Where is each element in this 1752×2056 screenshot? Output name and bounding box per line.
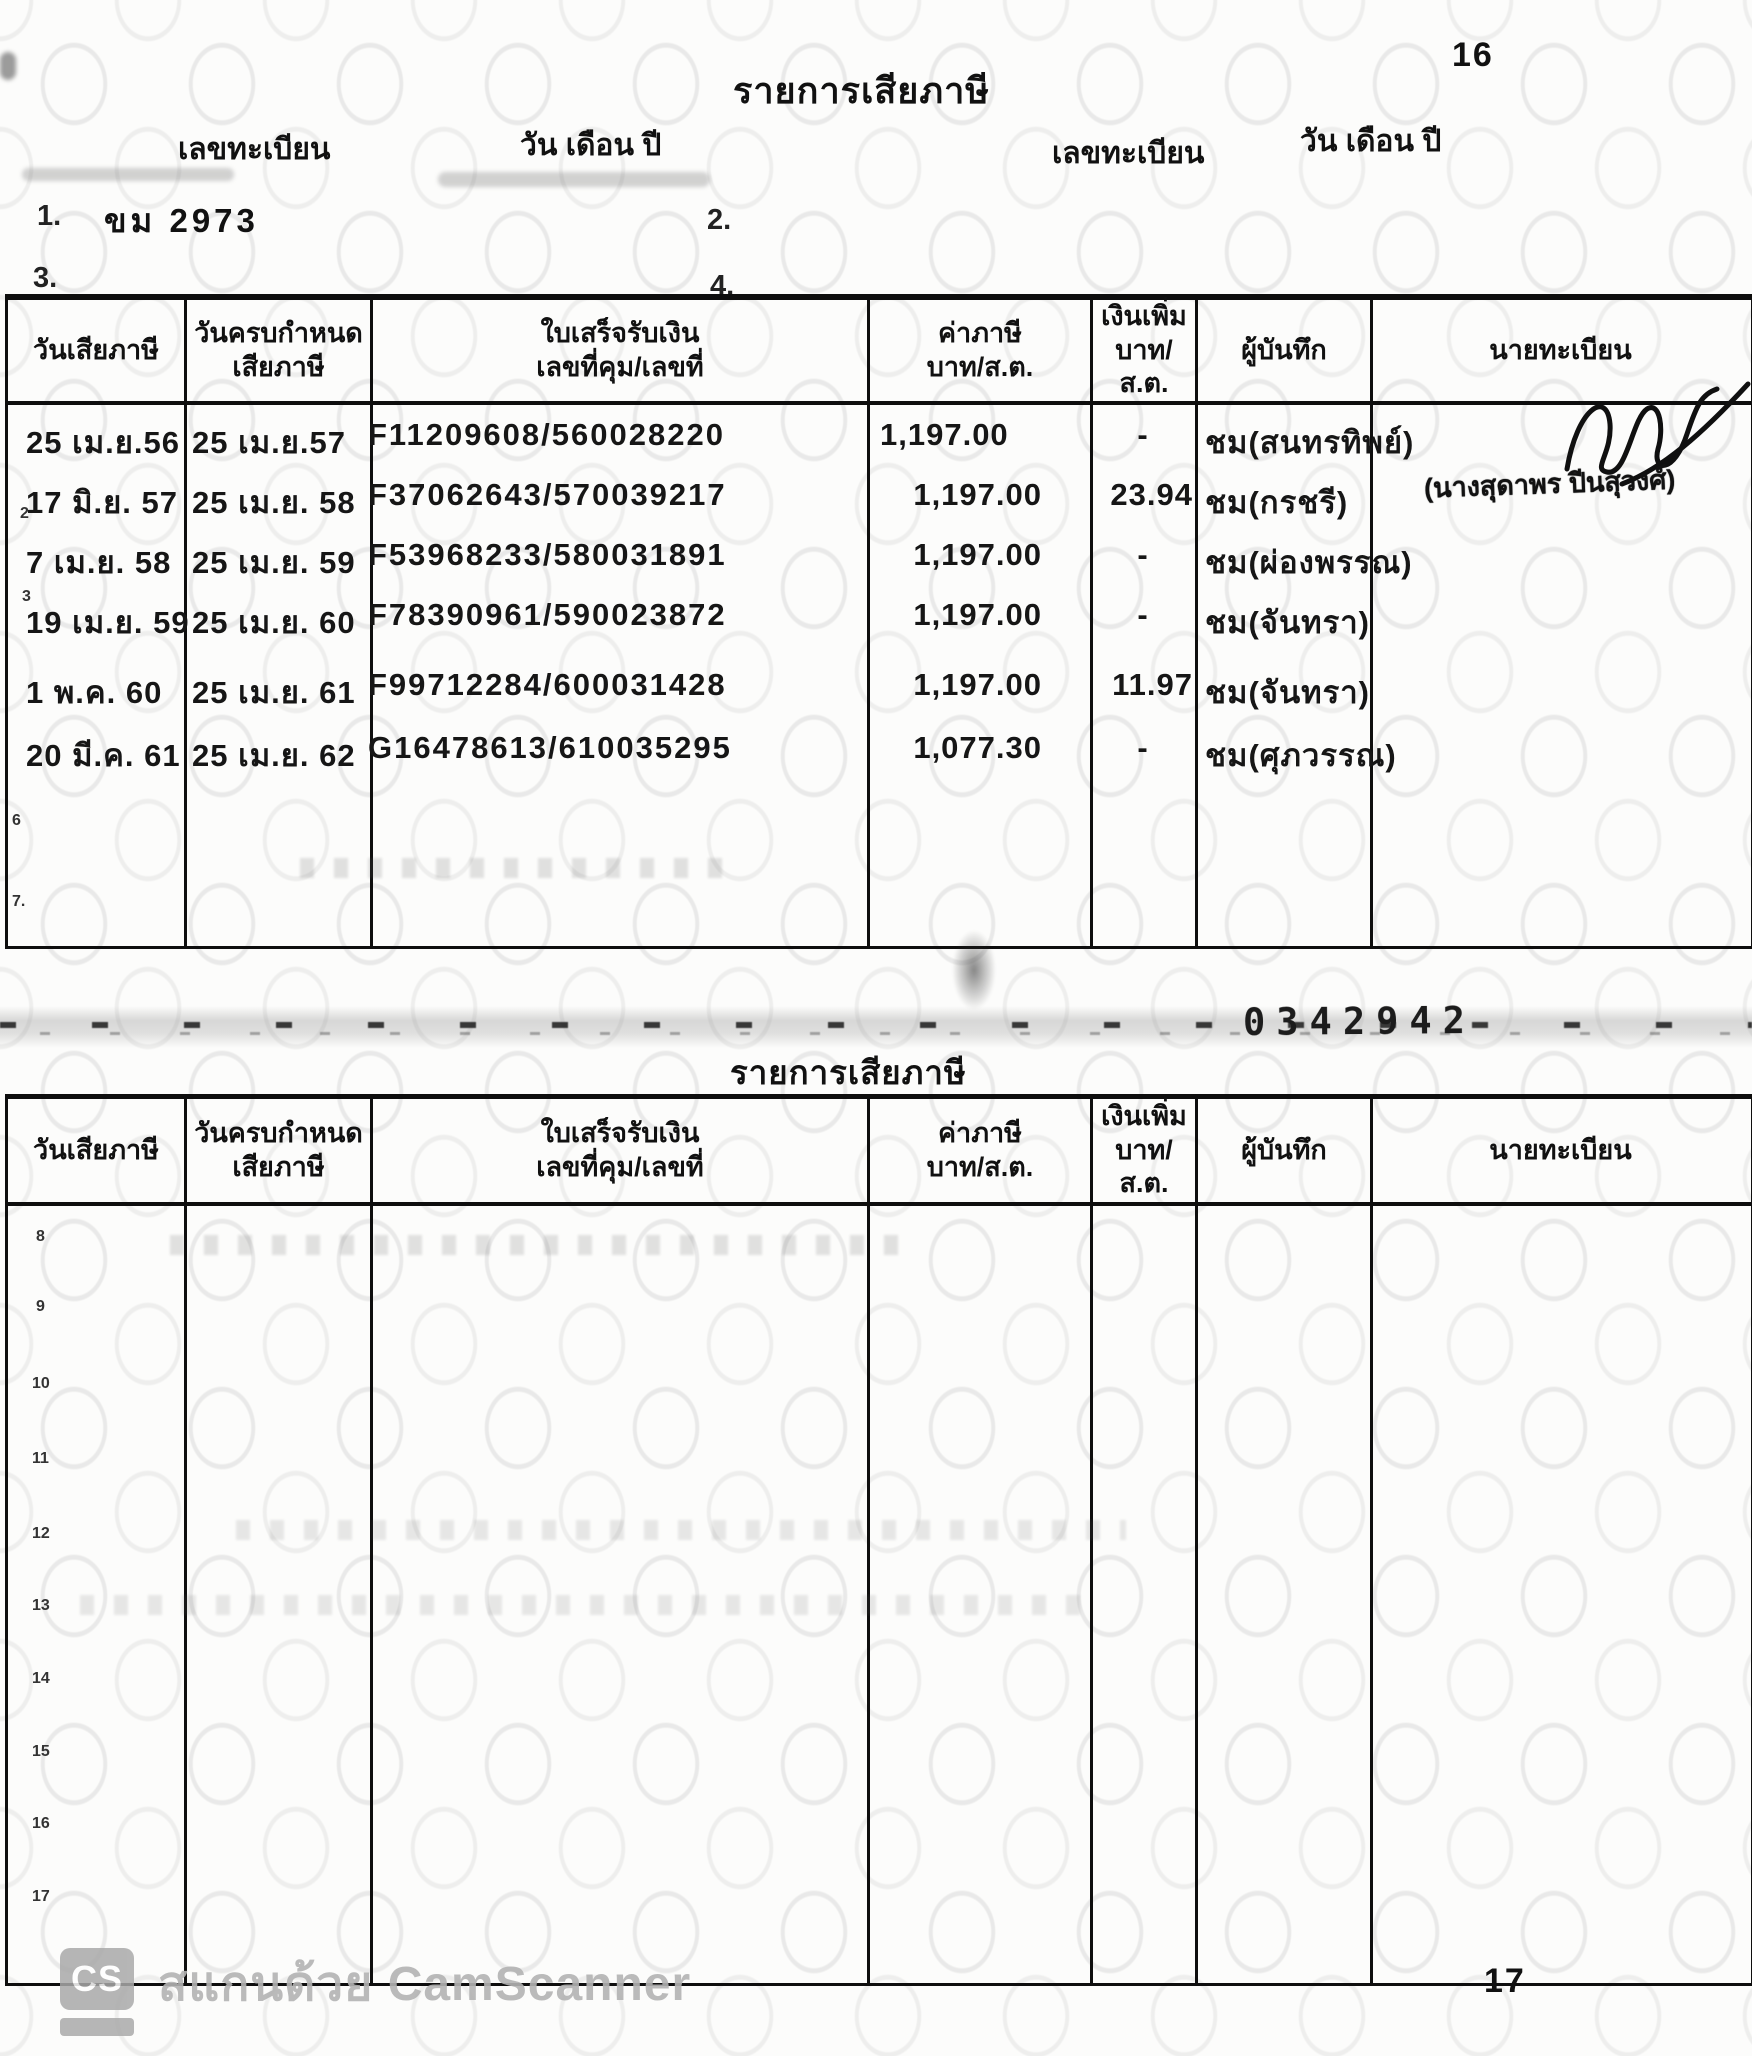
- column-header-surcharge: เงินเพิ่มบาท/ส.ต.: [1093, 300, 1195, 401]
- registration-number-label-right: เลขทะเบียน: [1052, 130, 1204, 177]
- due-date: 25 เม.ย. 60: [192, 597, 356, 647]
- margin-row-number: 16: [32, 1815, 50, 1833]
- receipt-number: F53968233/580031891: [368, 537, 727, 573]
- perforated-tear-line: [0, 1006, 1752, 1048]
- surcharge-amount: 11.97: [1093, 667, 1193, 703]
- column-header-text: วันครบกำหนด: [194, 317, 363, 351]
- column-header-text: ค่าภาษี: [938, 317, 1022, 351]
- recorder-stamp: ชม(ผ่องพรรณ): [1205, 537, 1413, 587]
- column-header-text: บาท/ส.ต.: [927, 1151, 1034, 1185]
- column-header-text: นายทะเบียน: [1489, 334, 1631, 368]
- column-header-text: เลขที่คุม/เลขที่: [536, 1151, 703, 1185]
- margin-row-number: 17: [32, 1888, 50, 1906]
- margin-row-number: 12: [32, 1525, 50, 1543]
- column-header-text: เสียภาษี: [232, 1151, 324, 1185]
- surcharge-amount: 23.94: [1093, 477, 1193, 513]
- column-header-due-date: วันครบกำหนดเสียภาษี: [187, 300, 370, 401]
- registrar-handwritten-name: (นางสุดาพร ปีนสุวงศ์): [1423, 458, 1676, 510]
- surcharge-amount: -: [1093, 417, 1193, 453]
- column-header-pay-date: วันเสียภาษี: [8, 1099, 184, 1202]
- perforation-stitches: [40, 1032, 1752, 1035]
- margin-row-number: 8: [36, 1228, 45, 1246]
- column-header-text: ใบเสร็จรับเงิน: [541, 317, 700, 351]
- margin-row-number: 15: [32, 1743, 50, 1761]
- due-date: 25 เม.ย. 61: [192, 667, 356, 717]
- column-header-tax-amount: ค่าภาษีบาท/ส.ต.: [870, 300, 1090, 401]
- column-header-text: บาท/ส.ต.: [927, 351, 1034, 385]
- date-label-right: วัน เดือน ปี: [1300, 118, 1441, 165]
- registration-number-value: ขม 2973: [104, 194, 259, 247]
- receipt-number: F99712284/600031428: [368, 667, 727, 703]
- pay-date: 17 มิ.ย. 57: [26, 477, 178, 527]
- margin-row-number: 7.: [12, 893, 25, 911]
- column-divider: [1195, 1099, 1198, 1983]
- camscanner-logo-strip: [60, 2018, 134, 2036]
- date-label-left: วัน เดือน ปี: [520, 122, 661, 169]
- ghost-print-smudge: [236, 1520, 1126, 1540]
- camscanner-logo-icon: CS: [60, 1948, 134, 2010]
- due-date: 25 เม.ย. 59: [192, 537, 356, 587]
- column-header-text: ผู้บันทึก: [1241, 334, 1327, 368]
- surcharge-amount: -: [1093, 537, 1193, 573]
- due-date: 25 เม.ย. 62: [192, 730, 356, 780]
- tax-amount: 1,197.00: [870, 417, 1052, 453]
- header-separator: [8, 401, 1751, 405]
- pay-date: 20 มี.ค. 61: [26, 730, 181, 780]
- page-number-bottom: 17: [1484, 1962, 1526, 2001]
- column-header-text: วันครบกำหนด: [194, 1117, 363, 1151]
- perforation-stitches: [0, 1022, 1752, 1028]
- column-divider: [184, 1099, 187, 1983]
- column-header-pay-date: วันเสียภาษี: [8, 300, 184, 401]
- recorder-stamp: ชม(จันทรา): [1205, 597, 1370, 647]
- margin-row-number: 9: [36, 1298, 45, 1316]
- pay-date: 1 พ.ค. 60: [26, 667, 162, 717]
- due-date: 25 เม.ย. 58: [192, 477, 356, 527]
- column-header-recorder: ผู้บันทึก: [1198, 1099, 1370, 1202]
- camscanner-logo-text: CS: [71, 1958, 123, 2000]
- table-row: 20 มี.ค. 61 25 เม.ย. 62 G16478613/610035…: [8, 730, 1751, 788]
- column-header-receipt: ใบเสร็จรับเงินเลขที่คุม/เลขที่: [373, 1099, 867, 1202]
- serial-stamp-number: 0342942: [1243, 999, 1476, 1044]
- column-header-text: บาท/ส.ต.: [1093, 334, 1195, 402]
- table-row: 1 พ.ค. 60 25 เม.ย. 61 F99712284/60003142…: [8, 667, 1751, 725]
- scanned-tax-record-page: 16 รายการเสียภาษี เลขทะเบียน วัน เดือน ป…: [0, 0, 1752, 2056]
- margin-row-number: 10: [32, 1375, 50, 1393]
- table-row: 19 เม.ย. 59 25 เม.ย. 60 F78390961/590023…: [8, 597, 1751, 655]
- column-header-text: เงินเพิ่ม: [1101, 1100, 1187, 1134]
- ghost-print-smudge: [300, 858, 730, 878]
- margin-row-number: 2: [20, 505, 29, 523]
- column-header-recorder: ผู้บันทึก: [1198, 300, 1370, 401]
- ink-blob: [952, 930, 996, 1010]
- recorder-stamp: ชม(ศุภวรรณ): [1205, 730, 1397, 780]
- receipt-number: F11209608/560028220: [368, 417, 725, 453]
- item-1-number: 1.: [37, 200, 61, 233]
- column-header-text: เสียภาษี: [232, 351, 324, 385]
- receipt-number: F37062643/570039217: [368, 477, 727, 513]
- camscanner-watermark-text: สแกนด้วย CamScanner: [158, 1946, 691, 2022]
- surcharge-amount: -: [1093, 730, 1193, 766]
- tax-amount: 1,197.00: [870, 667, 1042, 703]
- column-divider: [1090, 1099, 1093, 1983]
- margin-row-number: 13: [32, 1597, 50, 1615]
- column-header-text: ใบเสร็จรับเงิน: [541, 1117, 700, 1151]
- column-divider: [370, 1099, 373, 1983]
- column-header-text: นายทะเบียน: [1489, 1134, 1631, 1168]
- tax-payment-table-bottom: วันเสียภาษี วันครบกำหนดเสียภาษี ใบเสร็จร…: [5, 1094, 1752, 1986]
- column-header-text: เงินเพิ่ม: [1101, 300, 1187, 334]
- item-2-number: 2.: [707, 204, 731, 237]
- margin-row-number: 6: [12, 812, 21, 830]
- pay-date: 19 เม.ย. 59: [26, 597, 190, 647]
- receipt-number: F78390961/590023872: [368, 597, 727, 633]
- margin-row-number: 14: [32, 1670, 50, 1688]
- tax-amount: 1,197.00: [870, 537, 1042, 573]
- column-header-text: ผู้บันทึก: [1241, 1134, 1327, 1168]
- column-header-text: ค่าภาษี: [938, 1117, 1022, 1151]
- column-header-text: บาท/ส.ต.: [1093, 1134, 1195, 1202]
- recorder-stamp: ชม(สนทรทิพย์): [1205, 417, 1414, 467]
- ghost-print-smudge: [170, 1235, 910, 1255]
- column-header-tax-amount: ค่าภาษีบาท/ส.ต.: [870, 1099, 1090, 1202]
- column-divider: [1370, 1099, 1373, 1983]
- column-header-text: เลขที่คุม/เลขที่: [536, 351, 703, 385]
- page-title: รายการเสียภาษี: [733, 62, 990, 119]
- column-header-text: วันเสียภาษี: [33, 1134, 159, 1168]
- pay-date: 7 เม.ย. 58: [26, 537, 171, 587]
- recorder-stamp: ชม(กรชรี): [1205, 477, 1348, 527]
- receipt-number: G16478613/610035295: [368, 730, 732, 766]
- page-number-top: 16: [1452, 36, 1494, 75]
- column-header-receipt: ใบเสร็จรับเงินเลขที่คุม/เลขที่: [373, 300, 867, 401]
- ink-smudge: [438, 172, 710, 187]
- margin-row-number: 11: [32, 1450, 49, 1468]
- pay-date: 25 เม.ย.56: [26, 417, 180, 467]
- recorder-stamp: ชม(จันทรา): [1205, 667, 1370, 717]
- tax-amount: 1,077.30: [870, 730, 1042, 766]
- header-separator: [8, 1202, 1751, 1206]
- ink-smudge: [22, 168, 234, 181]
- ghost-print-smudge: [80, 1595, 1100, 1615]
- due-date: 25 เม.ย.57: [192, 417, 346, 467]
- column-header-due-date: วันครบกำหนดเสียภาษี: [187, 1099, 370, 1202]
- ink-smudge: [0, 52, 16, 80]
- tax-amount: 1,197.00: [870, 477, 1042, 513]
- column-header-registrar: นายทะเบียน: [1373, 1099, 1748, 1202]
- item-3-number: 3.: [33, 262, 57, 295]
- page-title-second: รายการเสียภาษี: [730, 1046, 967, 1099]
- column-header-surcharge: เงินเพิ่มบาท/ส.ต.: [1093, 1099, 1195, 1202]
- column-header-text: วันเสียภาษี: [33, 334, 159, 368]
- tax-amount: 1,197.00: [870, 597, 1042, 633]
- registration-number-label-left: เลขทะเบียน: [178, 126, 330, 173]
- tax-payment-table-top: วันเสียภาษี วันครบกำหนดเสียภาษี ใบเสร็จร…: [5, 294, 1752, 949]
- column-divider: [867, 1099, 870, 1983]
- table-row: 7 เม.ย. 58 25 เม.ย. 59 F53968233/5800318…: [8, 537, 1751, 595]
- surcharge-amount: -: [1093, 597, 1193, 633]
- margin-row-number: 3: [22, 588, 31, 606]
